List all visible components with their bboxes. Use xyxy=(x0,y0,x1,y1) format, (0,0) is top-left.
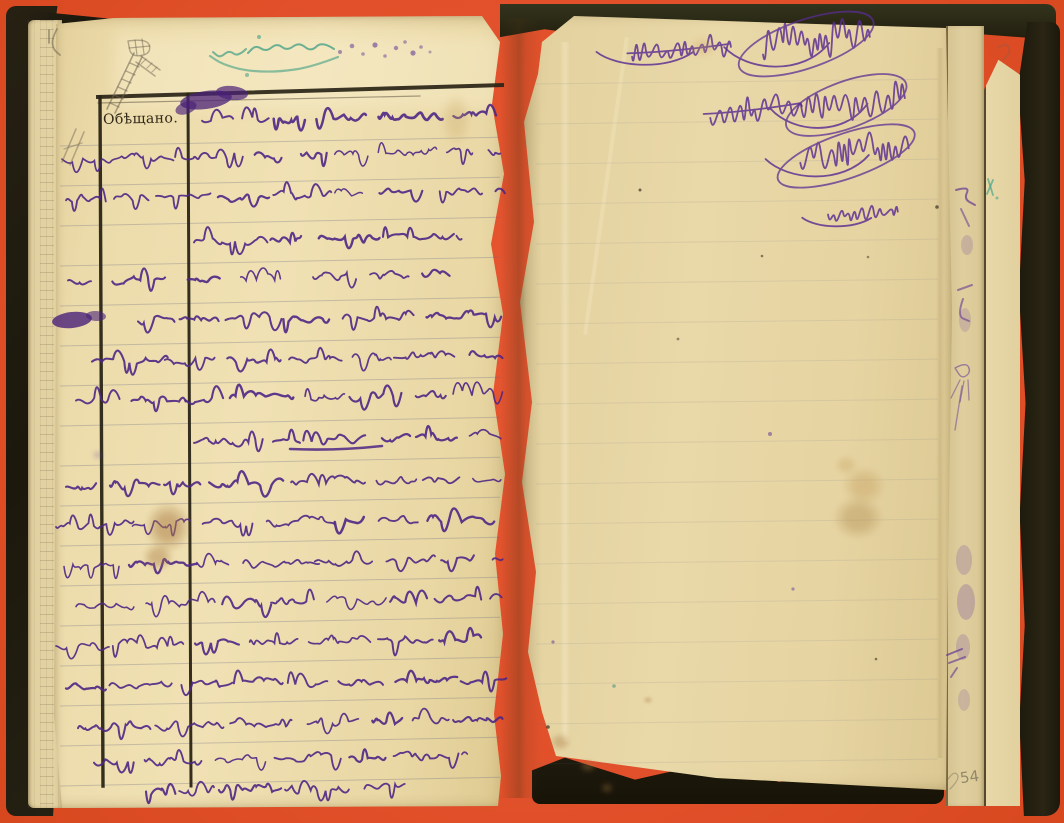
page-gutter-shadow xyxy=(500,18,542,798)
manuscript-photo: Обѣщано. 54 xyxy=(0,0,1064,823)
paper-crease xyxy=(936,48,944,758)
right-page xyxy=(516,12,952,794)
paper-light-patch xyxy=(116,36,556,108)
left-page xyxy=(54,16,512,808)
paper-crease xyxy=(560,42,570,742)
right-page-edge-strip-outer xyxy=(984,56,1020,806)
book-cover-right-edge xyxy=(1018,22,1060,816)
right-page-edge-strip-inked xyxy=(946,26,984,806)
paper-crease xyxy=(583,37,629,335)
pencil-page-number: 54 xyxy=(959,767,980,787)
printed-column-header: Обѣщано. xyxy=(103,110,187,128)
